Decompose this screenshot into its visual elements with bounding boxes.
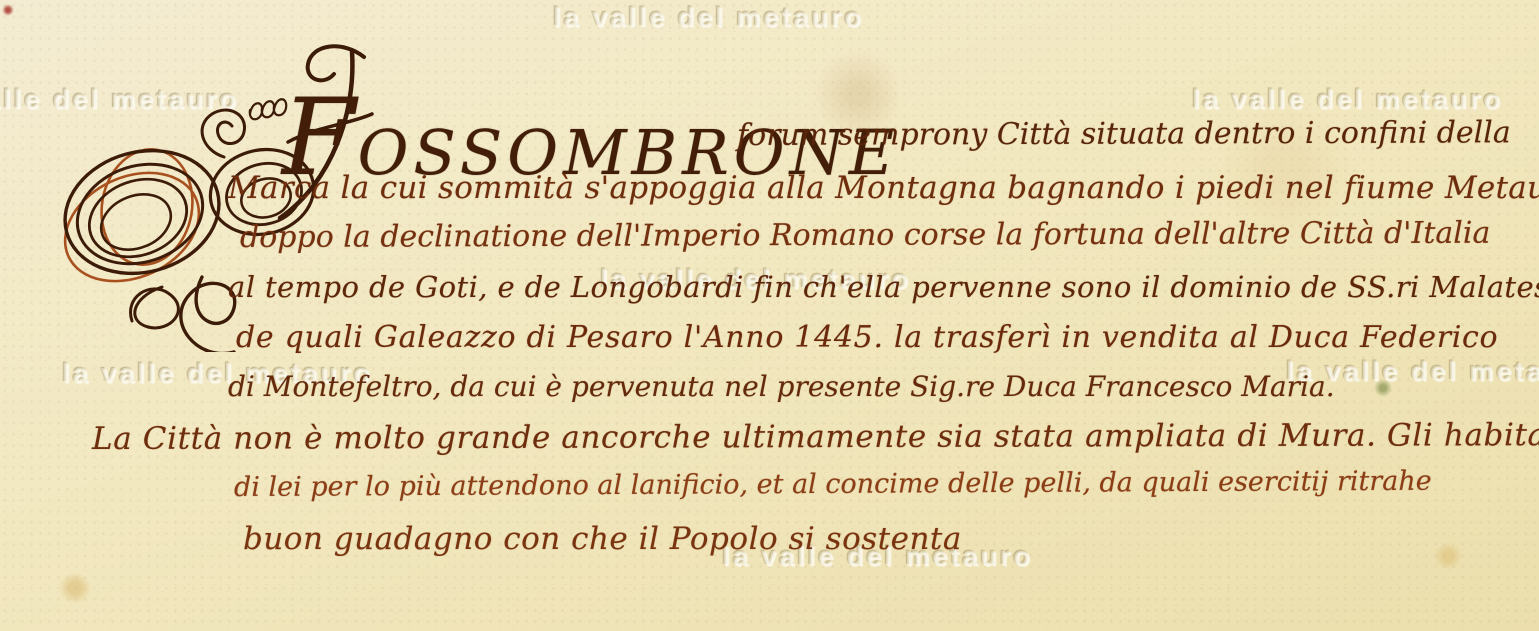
manuscript-line-5: de quali Galeazzo di Pesaro l'Anno 1445.… bbox=[236, 320, 1498, 355]
manuscript-line-4: al tempo de Goti, e de Longobardi fin ch… bbox=[228, 270, 1539, 304]
manuscript-line-3: doppo la declinatione dell'Imperio Roman… bbox=[240, 216, 1490, 255]
manuscript-line-2: Marca la cui sommità s'appoggia alla Mon… bbox=[228, 170, 1539, 206]
manuscript-line-8: di lei per lo più attendono al lanificio… bbox=[234, 466, 1432, 503]
watermark-text: la valle del metauro bbox=[1192, 84, 1503, 115]
manuscript-line-7: La Città non è molto grande ancorche ult… bbox=[92, 417, 1539, 457]
watermark-text: la valle del metauro bbox=[553, 2, 864, 33]
manuscript-line-1: forum semprony Città situata dentro i co… bbox=[737, 115, 1511, 153]
manuscript-line-9: buon guadagno con che il Popolo si soste… bbox=[243, 521, 962, 557]
manuscript-page: la valle del metauro la valle del metaur… bbox=[0, 0, 1539, 631]
manuscript-line-6: di Montefeltro, da cui è pervenuta nel p… bbox=[228, 370, 1335, 403]
